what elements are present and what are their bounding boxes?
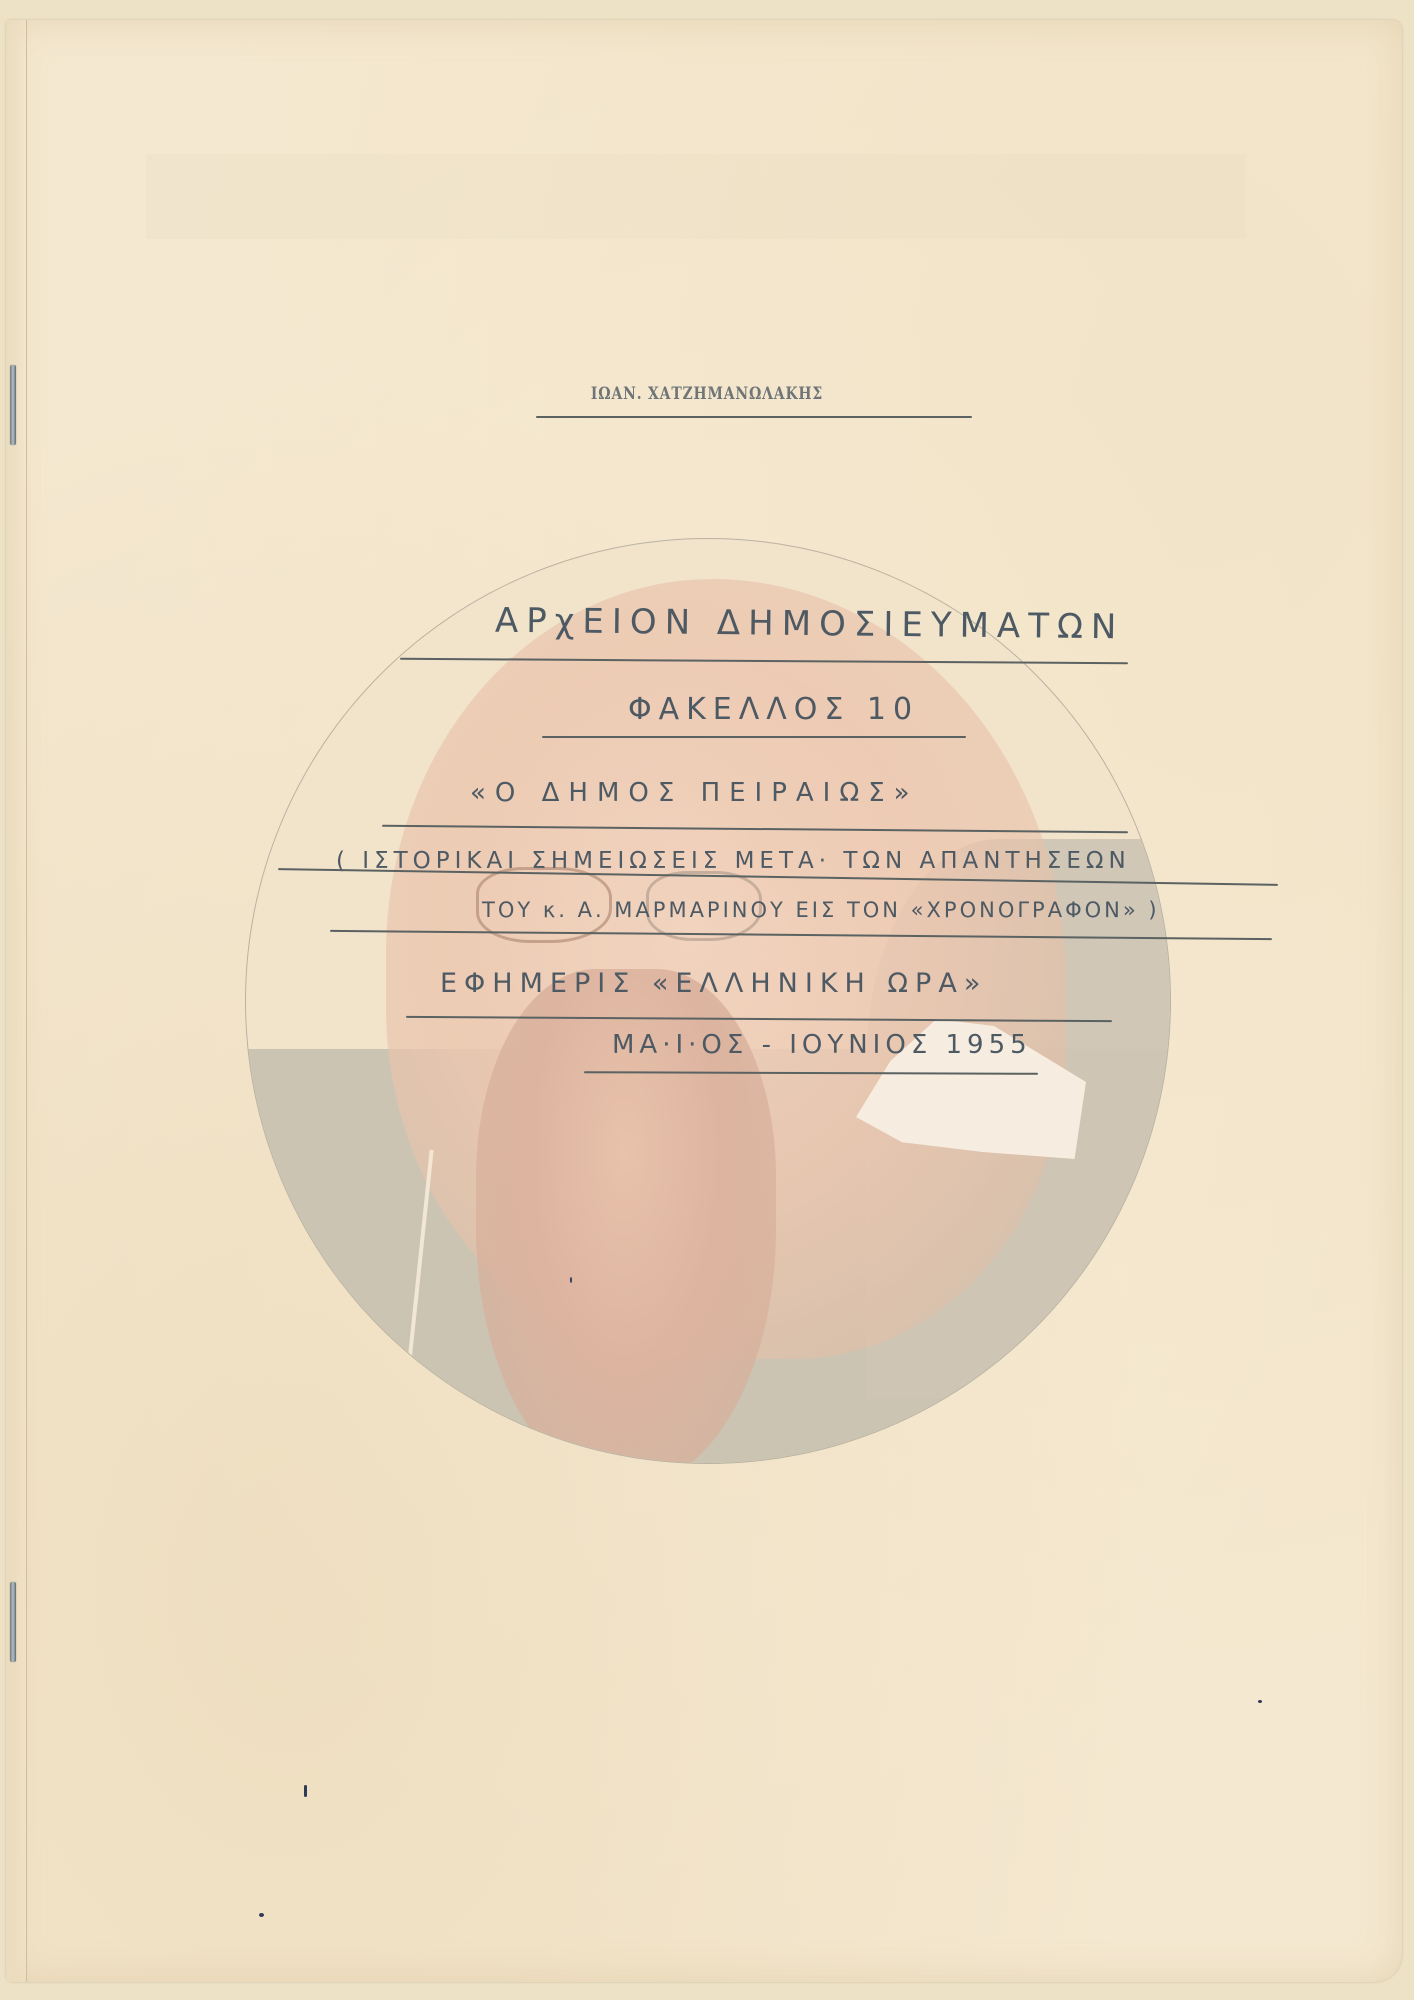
- ink-speck: [1258, 1700, 1262, 1703]
- handwritten-subject: «Ο ΔΗΜΟΣ ΠΕΙΡΑΙΩΣ»: [470, 778, 919, 808]
- bleed-through-masthead: [146, 120, 1246, 290]
- ink-speck: [570, 1277, 572, 1283]
- handwritten-date: ΜΑ·Ι·ΟΣ - ΙΟΥΝΙΟΣ 1955: [612, 1030, 1032, 1060]
- staple-icon: [10, 365, 16, 445]
- binding-spine: [6, 20, 27, 1982]
- handwritten-folder-number: ΦΑΚΕΛΛΟΣ 10: [628, 692, 919, 727]
- author-underline: [536, 416, 972, 418]
- ink-speck: [304, 1785, 307, 1797]
- handwritten-newspaper: ΕΦΗΜΕΡΙΣ «ΕΛΛΗΝΙΚΗ ΩΡΑ»: [440, 968, 987, 999]
- portrait-photo: [245, 538, 1171, 1464]
- staple-icon: [10, 1582, 16, 1662]
- ink-speck: [259, 1913, 264, 1917]
- author-stamp: ΙΩΑΝ. ΧΑΤΖΗΜΑΝΩΛΑΚΗΣ: [127, 384, 1286, 404]
- handwritten-note-line2: ΤΟΥ κ. Α. ΜΑΡΜΑΡΙΝΟΥ ΕΙΣ ΤΟΝ «ΧΡΟΝΟΓΡΑΦΟ…: [482, 898, 1160, 922]
- folder-underline: [542, 736, 966, 738]
- handwritten-title: ΑΡχΕΙΟΝ ΔΗΜΟΣΙΕΥΜΑΤΩΝ: [495, 601, 1125, 648]
